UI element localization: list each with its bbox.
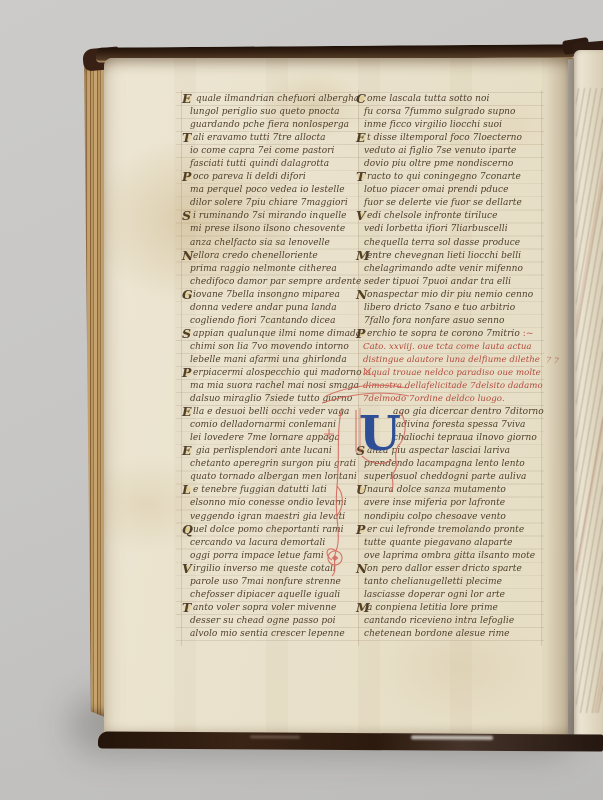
- text-line: cantando ricevieno intra lefoglie: [357, 615, 547, 628]
- text-line: lotuo piacer omai prendi pduce: [357, 184, 547, 197]
- tercet-capital: E: [356, 132, 367, 143]
- text-line: chedifoco damor par sempre ardente: [183, 276, 373, 289]
- text-line: dilor solere 7piu chiare 7maggiori: [183, 197, 373, 210]
- penwork-diamond: [332, 555, 339, 561]
- tercet-capital: N: [182, 250, 193, 261]
- tercet-capital: V: [182, 563, 193, 574]
- text-line: Tali eravamo tutti 7tre allocta: [183, 132, 373, 145]
- text-line: fuor se delerte vie fuor se dellarte: [357, 197, 547, 210]
- tercet-capital: S: [182, 328, 193, 339]
- text-line: Mentre chevegnan lieti liocchi belli: [357, 250, 547, 263]
- text-line: donna vedere andar puna landa: [183, 302, 373, 315]
- tercet-capital: P: [356, 328, 367, 339]
- tercet-capital: E: [182, 406, 193, 417]
- text-line: Tanto voler sopra voler mivenne: [183, 602, 373, 615]
- tercet-capital: P: [182, 367, 193, 378]
- text-line: Ma conpiena letitia lore prime: [357, 602, 547, 615]
- initial-letter-glyph: U: [359, 406, 401, 462]
- tercet-capital: M: [356, 602, 367, 613]
- text-line: inme ficco virgilio liocchi suoi: [357, 119, 547, 132]
- text-line: Giovane 7bella insongno miparea: [183, 289, 373, 302]
- tercet-capital: P: [182, 171, 193, 182]
- text-line: anza chelfacto sia sa lenovelle: [183, 237, 373, 250]
- text-line: Nonaspectar mio dir piu nemio cenno: [357, 289, 547, 302]
- tercet-capital: E: [182, 93, 193, 104]
- tercet-capital: M: [356, 250, 367, 261]
- line-end-flourish: :~: [520, 329, 534, 339]
- text-line: chequella terra sol dasse produce: [357, 237, 547, 250]
- text-line: ma perquel poco vedea io lestelle: [183, 184, 373, 197]
- text-line: fu corsa 7fummo sulgrado supno: [357, 106, 547, 119]
- facing-page-text: [576, 88, 603, 713]
- text-line: veduto ai figlio 7se venuto iparte: [357, 145, 547, 158]
- text-line: io come capra 7ei come pastori: [183, 145, 373, 158]
- cover-edge-bottom: [98, 731, 603, 751]
- text-line: dovio piu oltre pme nondiscerno: [357, 158, 547, 171]
- text-line: cogliendo fiori 7cantando dicea: [183, 315, 373, 328]
- text-line: guardando pche fiera nonlosperga: [183, 119, 373, 132]
- text-line: Sappian qualunque ilmi nome dimada: [183, 328, 373, 341]
- text-line: libero dricto 7sano e tuo arbitrio: [357, 302, 547, 315]
- tercet-capital: T: [182, 602, 193, 613]
- tercet-capital: G: [182, 289, 193, 300]
- text-line: lasciasse doperar ogni lor arte: [357, 589, 547, 602]
- text-line: mi prese ilsono ilsono chesovente: [183, 223, 373, 236]
- text-line: chefosser dipiacer aquelle iguali: [183, 589, 373, 602]
- tercet-capital: Q: [182, 524, 193, 535]
- manuscript-photo: E quale ilmandrian chefuori alberghalung…: [0, 0, 603, 800]
- text-line: Si ruminando 7si mirando inquelle: [183, 210, 373, 223]
- tercet-capital: C: [356, 93, 367, 104]
- text-line: vedi lorbetta ifiori 7liarbuscelli: [357, 223, 547, 236]
- text-line: Perchio te sopra te corono 7mitrio :~: [357, 328, 547, 341]
- text-line: Poco pareva li deldi difori: [183, 171, 373, 184]
- edge-highlight: [250, 735, 300, 738]
- text-line: chelagrimando adte venir mifenno: [357, 263, 547, 276]
- illuminated-initial: U: [312, 346, 412, 581]
- tercet-capital: T: [356, 171, 367, 182]
- text-line: Et disse iltemporal foco 7loecterno: [357, 132, 547, 145]
- text-line: E quale ilmandrian chefuori albergha: [183, 93, 373, 106]
- tercet-capital: S: [182, 210, 193, 221]
- penwork-flourish: [322, 368, 409, 576]
- tercet-capital: T: [182, 132, 193, 143]
- text-line: Vedi chelsole infronte tiriluce: [357, 210, 547, 223]
- text-line: 7fallo fora nonfare asuo senno: [357, 315, 547, 328]
- text-line: Nellora credo chenelloriente: [183, 250, 373, 263]
- text-line: desser su chead ogne passo poi: [183, 615, 373, 628]
- text-line: lungol periglio suo queto pnocta: [183, 106, 373, 119]
- text-line: seder tipuoi 7puoi andar tra elli: [357, 276, 547, 289]
- text-line: prima raggio nelmonte citherea: [183, 263, 373, 276]
- text-line: Tracto to qui coningegno 7conarte: [357, 171, 547, 184]
- tercet-capital: V: [356, 210, 367, 221]
- tercet-capital: L: [182, 484, 193, 495]
- tercet-capital: N: [356, 289, 367, 300]
- edge-highlight: [411, 735, 493, 740]
- gutter-shadow: [546, 58, 574, 735]
- text-line: Come lascala tutta sotto noi: [357, 93, 547, 106]
- tercet-capital: E: [182, 445, 193, 456]
- text-line: chetenean bordone alesue rime: [357, 628, 547, 641]
- text-line: fasciati tutti quindi dalagrotta: [183, 158, 373, 171]
- text-line: alvolo mio sentia crescer lepenne: [183, 628, 373, 641]
